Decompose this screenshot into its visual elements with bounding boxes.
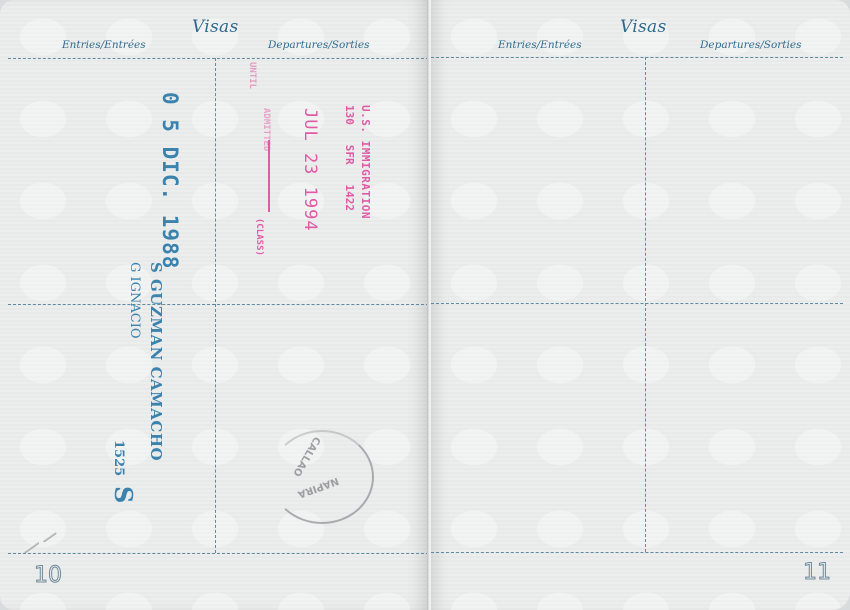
us-immigration-date: JUL 23 1994 bbox=[300, 108, 320, 232]
column-divider bbox=[215, 58, 216, 553]
faint-circular-stamp bbox=[270, 430, 374, 524]
security-pattern bbox=[431, 0, 850, 610]
page-number: 10 bbox=[34, 563, 62, 588]
entry-stamp-name-1: S GUZMAN CAMACHO bbox=[147, 262, 165, 461]
entry-stamp-mark: S bbox=[109, 486, 138, 503]
left-page: Visas Entries/Entrées Departures/Sorties… bbox=[0, 0, 429, 610]
until-label: UNTIL bbox=[247, 62, 257, 89]
departures-label: Departures/Sorties bbox=[700, 39, 802, 51]
right-page: Visas Entries/Entrées Departures/Sorties… bbox=[431, 0, 850, 610]
us-immigration-office: U.S. IMMIGRATION bbox=[359, 105, 372, 219]
admitted-signature-line bbox=[268, 140, 270, 212]
middle-rule bbox=[8, 304, 429, 305]
top-rule bbox=[431, 57, 843, 58]
page-title: Visas bbox=[620, 17, 667, 37]
departures-label: Departures/Sorties bbox=[268, 39, 370, 51]
entry-stamp-name-2: G IGNACIO bbox=[127, 262, 142, 339]
entry-stamp-number: 1525 bbox=[111, 440, 126, 476]
bottom-rule bbox=[8, 553, 429, 554]
middle-rule bbox=[431, 303, 843, 304]
page-title: Visas bbox=[192, 17, 239, 37]
page-number: 11 bbox=[803, 560, 831, 585]
bottom-rule bbox=[431, 552, 843, 553]
class-label: (CLASS) bbox=[254, 218, 264, 256]
entries-label: Entries/Entrées bbox=[498, 39, 582, 51]
entry-stamp-date: 0 5 DIC. 1988 bbox=[158, 92, 182, 269]
us-immigration-port: 130 SFR 1422 bbox=[343, 105, 356, 211]
column-divider bbox=[645, 57, 646, 552]
entries-label: Entries/Entrées bbox=[62, 39, 146, 51]
top-rule bbox=[8, 58, 429, 59]
